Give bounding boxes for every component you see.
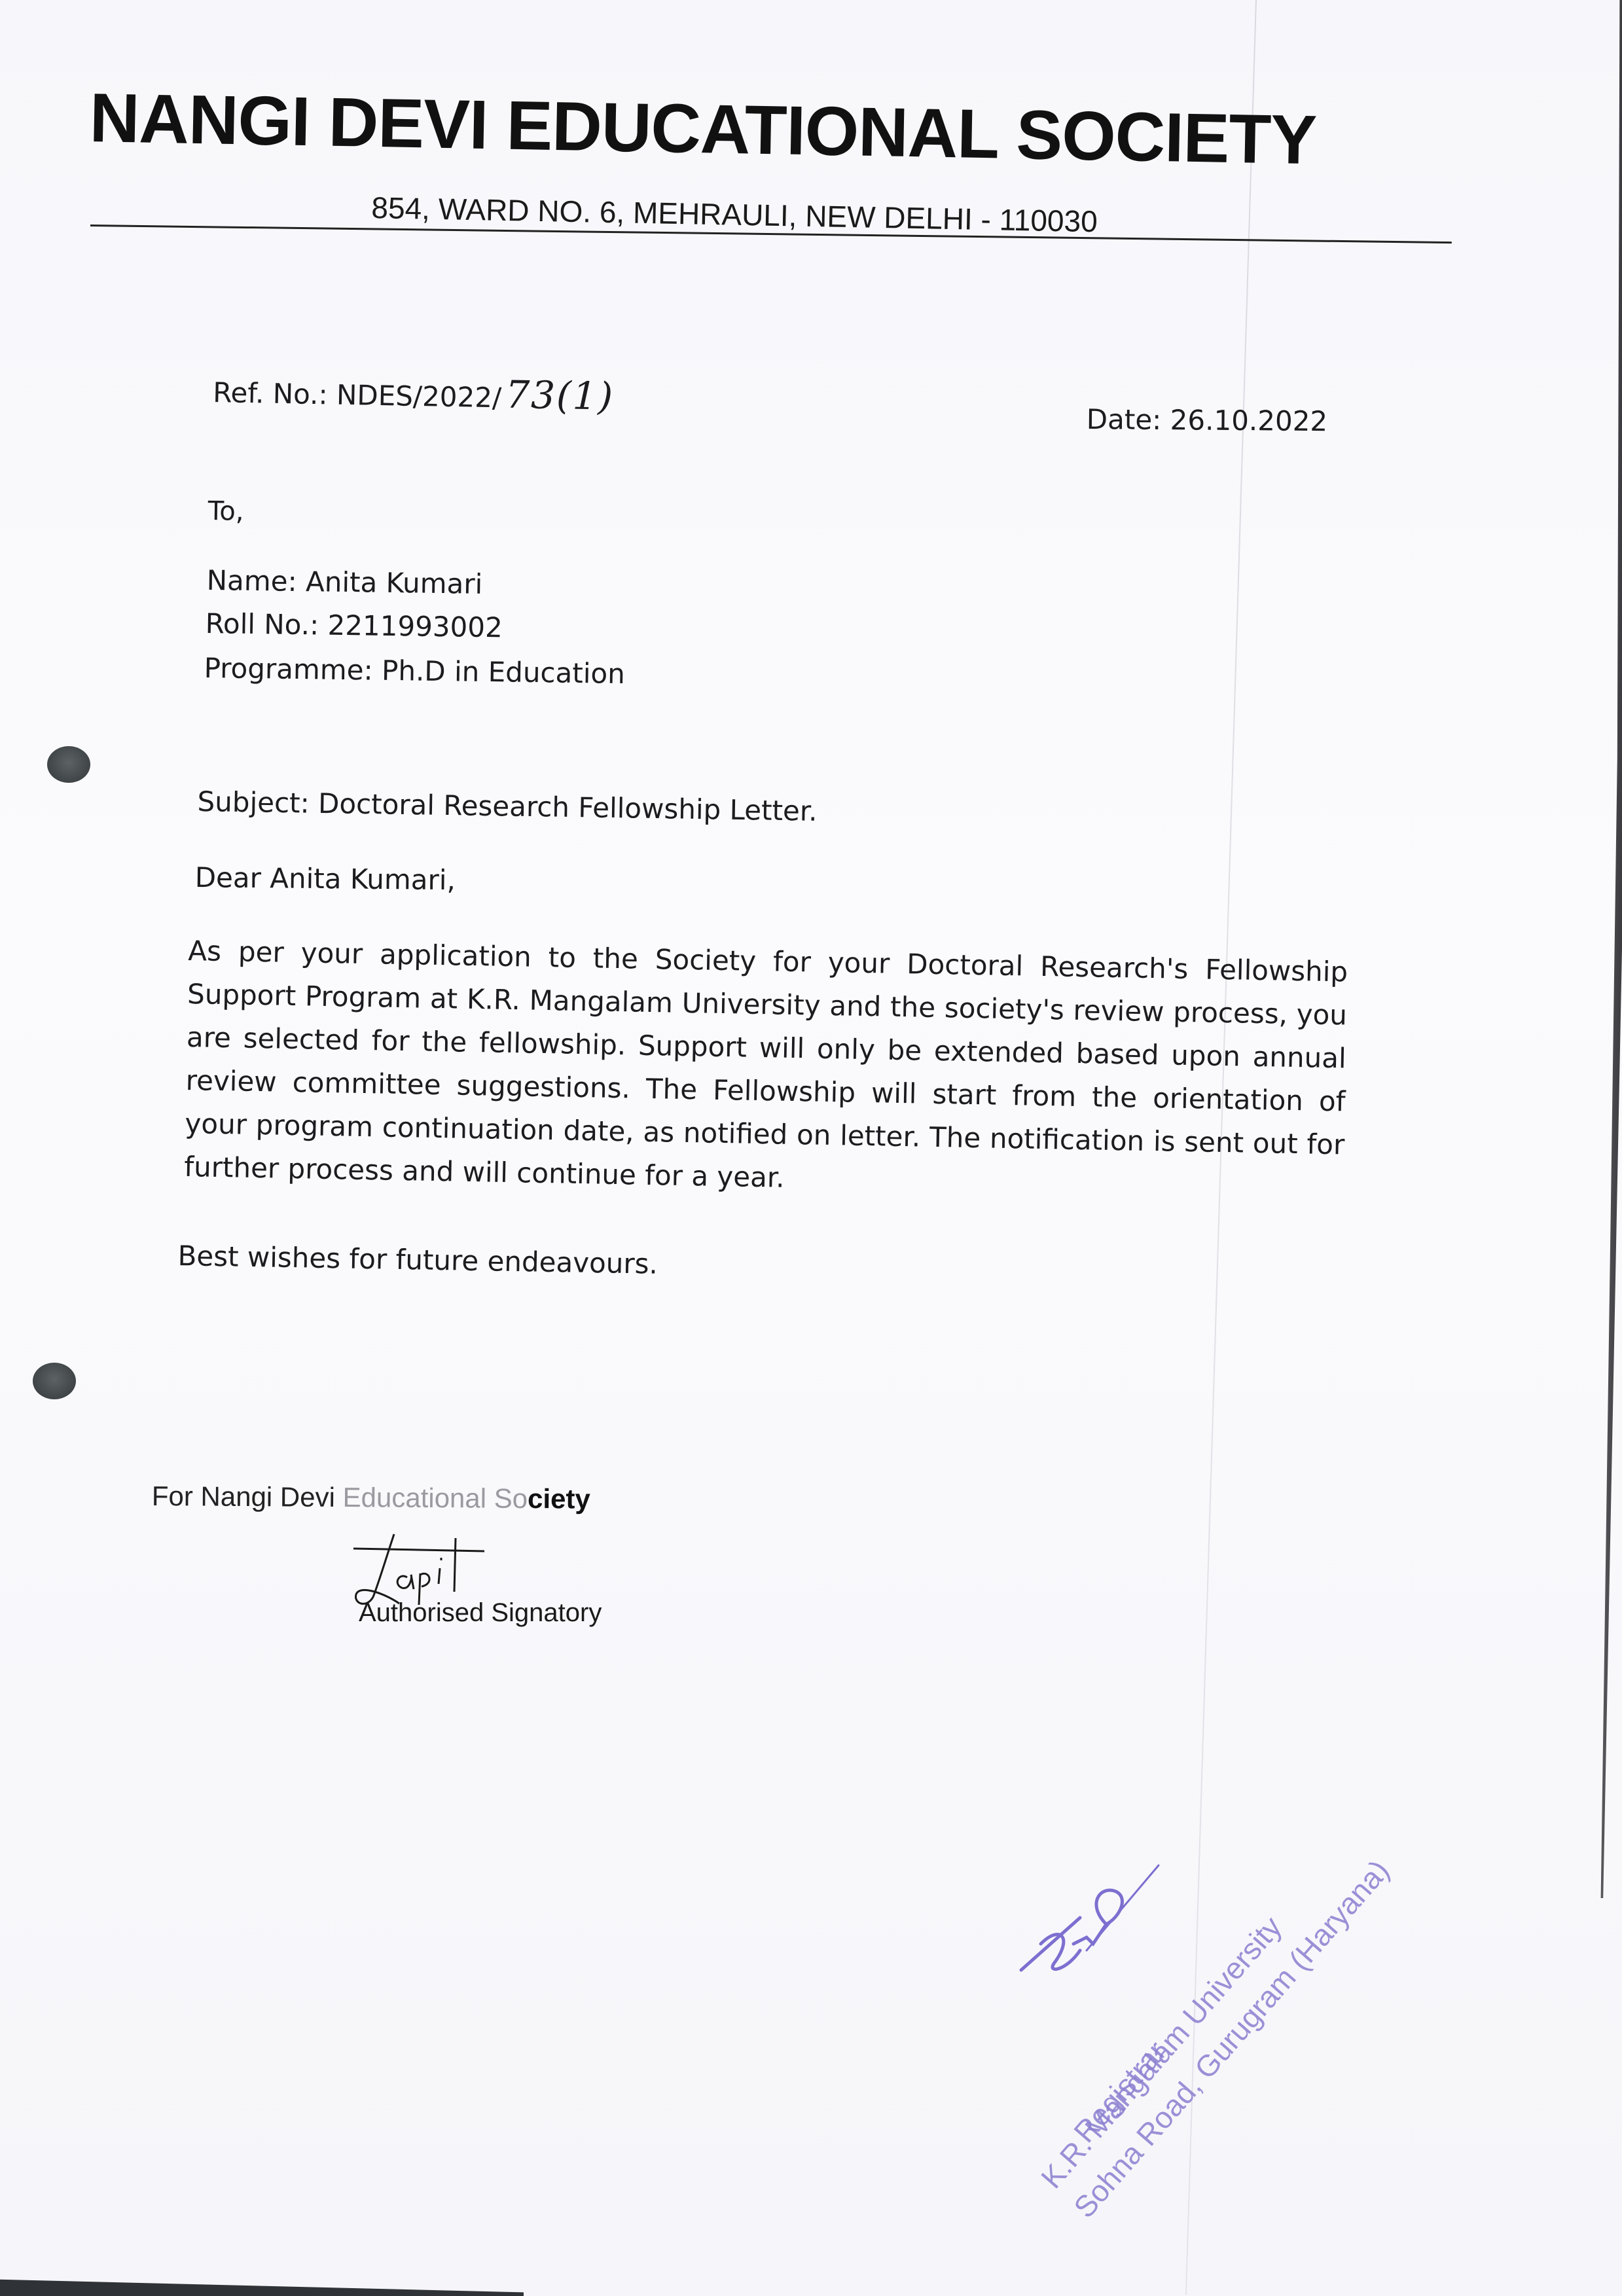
recipient-name: Name: Anita Kumari (206, 564, 482, 600)
reference-number: Ref. No.: NDES/2022/73(1) (213, 367, 615, 419)
reference-handwritten-value: 73(1) (505, 372, 615, 419)
signature-block-organization: For Nangi Devi Educational Society (152, 1480, 590, 1515)
registrar-stamp: Registrar K.R. Mangalam University Sohna… (1008, 1833, 1427, 2173)
letter-closing: Best wishes for future endeavours. (177, 1240, 658, 1280)
punch-hole-icon (47, 746, 90, 783)
reference-label: Ref. No.: (213, 376, 328, 410)
punch-hole-icon (33, 1363, 76, 1399)
registrar-signature (1008, 1846, 1165, 1990)
organization-name: NANGI DEVI EDUCATIONAL SOCIETY (89, 79, 1452, 183)
recipient-to: To, (207, 496, 243, 527)
letter-salutation: Dear Anita Kumari, (194, 861, 456, 896)
recipient-roll-number: Roll No.: 2211993002 (205, 607, 503, 643)
recipient-programme: Programme: Ph.D in Education (204, 652, 625, 690)
sign-org-prefix: For Nangi Devi (152, 1480, 343, 1513)
sign-org-bold: ciety (528, 1483, 590, 1515)
letter-body: As per your application to the Society f… (184, 929, 1348, 1210)
organization-address: 854, WARD NO. 6, MEHRAULI, NEW DELHI - 1… (371, 190, 1098, 239)
scan-edge-shadow-right (1598, 0, 1622, 1898)
letter-date: Date: 26.10.2022 (1087, 403, 1328, 437)
date-label: Date: (1087, 403, 1162, 436)
letter-page: NANGI DEVI EDUCATIONAL SOCIETY 854, WARD… (0, 0, 1622, 2296)
date-value: 26.10.2022 (1170, 404, 1327, 437)
signatory-title: Authorised Signatory (359, 1598, 602, 1628)
reference-printed-value: NDES/2022/ (336, 379, 502, 414)
sign-org-faded: Educational So (342, 1482, 528, 1514)
letter-subject: Subject: Doctoral Research Fellowship Le… (197, 785, 818, 827)
scan-edge-shadow-bottom (0, 2278, 524, 2296)
